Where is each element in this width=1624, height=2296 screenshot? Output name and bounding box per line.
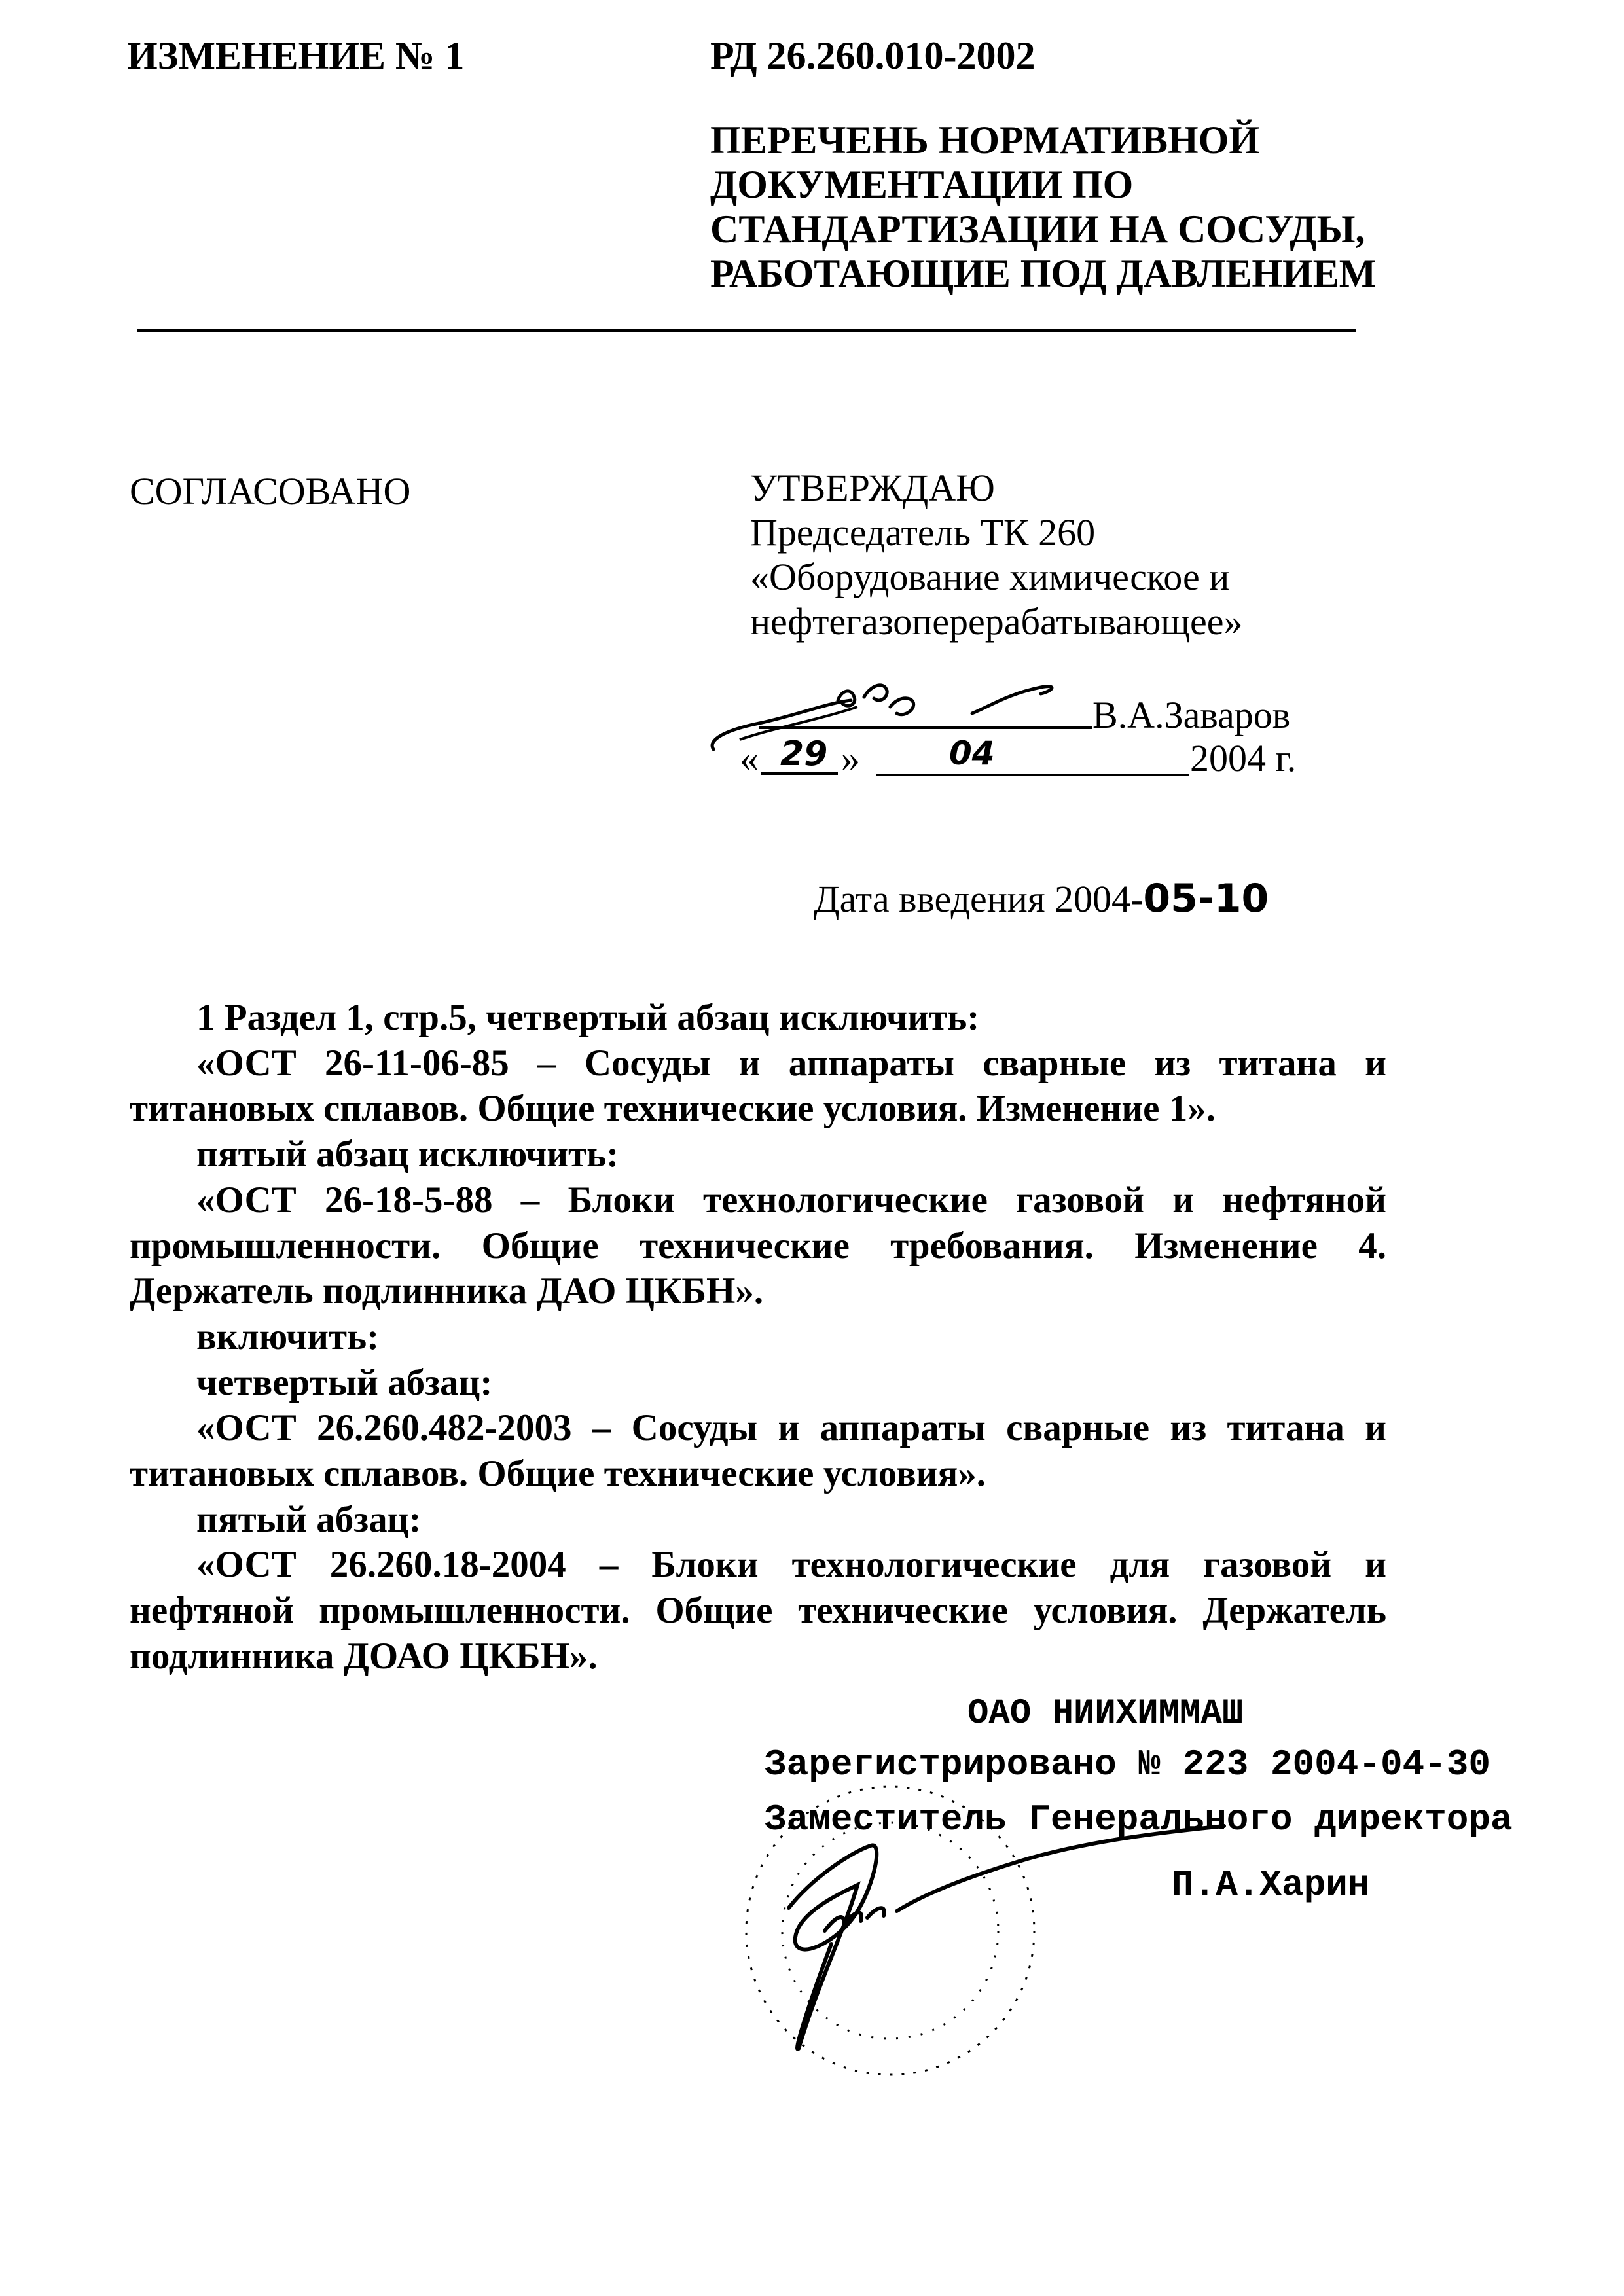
date-day: 29 <box>780 734 827 774</box>
title-line: РАБОТАЮЩИЕ ПОД ДАВЛЕНИЕМ <box>710 251 1376 296</box>
signature-icon <box>700 674 1106 766</box>
stamp-signer: П.А.Харин <box>1172 1867 1369 1903</box>
document-title: ПЕРЕЧЕНЬ НОРМАТИВНОЙ ДОКУМЕНТАЦИИ ПО СТА… <box>710 118 1376 296</box>
title-line: ДОКУМЕНТАЦИИ ПО <box>710 162 1376 207</box>
title-line: СТАНДАРТИЗАЦИИ НА СОСУДЫ, <box>710 207 1376 251</box>
signature-line <box>759 726 1092 729</box>
intro-date: Дата введения 2004-05-10 <box>814 876 1269 922</box>
paragraph: «ОСТ 26-11-06-85 – Сосуды и аппараты сва… <box>130 1041 1386 1132</box>
date-year: 2004 г. <box>1190 740 1296 778</box>
document-code: РД 26.260.010-2002 <box>710 36 1036 75</box>
approver-position: Председатель ТК 260 <box>750 511 1242 555</box>
paragraph: 1 Раздел 1, стр.5, четвертый абзац исклю… <box>130 995 1386 1041</box>
approver-name: В.А.Заваров <box>1092 696 1290 734</box>
paragraph: «ОСТ 26-18-5-88 – Блоки технологические … <box>130 1177 1386 1314</box>
stamp-organization: ОАО НИИХИММАШ <box>967 1696 1243 1732</box>
paragraph: пятый абзац исключить: <box>130 1132 1386 1177</box>
day-underline <box>761 772 838 775</box>
change-number: ИЗМЕНЕНИЕ № 1 <box>127 36 464 75</box>
date-open-quote: « <box>740 740 759 778</box>
paragraph: пятый абзац: <box>130 1497 1386 1543</box>
intro-date-value: 05-10 <box>1143 876 1269 922</box>
committee-name-line1: «Оборудование химическое и <box>750 555 1242 600</box>
month-underline <box>876 774 1189 776</box>
approve-label: УТВЕРЖДАЮ <box>750 466 1242 511</box>
paragraph: включить: <box>130 1314 1386 1360</box>
date-month: 04 <box>949 734 995 772</box>
paragraph: «ОСТ 26.260.18-2004 – Блоки технологичес… <box>130 1542 1386 1679</box>
header-divider <box>137 329 1356 332</box>
title-line: ПЕРЕЧЕНЬ НОРМАТИВНОЙ <box>710 118 1376 162</box>
amendment-body: 1 Раздел 1, стр.5, четвертый абзац исклю… <box>130 995 1386 1679</box>
committee-name-line2: нефтегазоперерабатывающее» <box>750 600 1242 644</box>
approval-block: УТВЕРЖДАЮ Председатель ТК 260 «Оборудова… <box>750 466 1242 644</box>
paragraph: четвертый абзац: <box>130 1360 1386 1406</box>
paragraph: «ОСТ 26.260.482-2003 – Сосуды и аппараты… <box>130 1405 1386 1496</box>
date-close-quote: » <box>841 740 860 778</box>
intro-date-label: Дата введения 2004- <box>814 878 1143 920</box>
agreed-label: СОГЛАСОВАНО <box>130 473 410 511</box>
